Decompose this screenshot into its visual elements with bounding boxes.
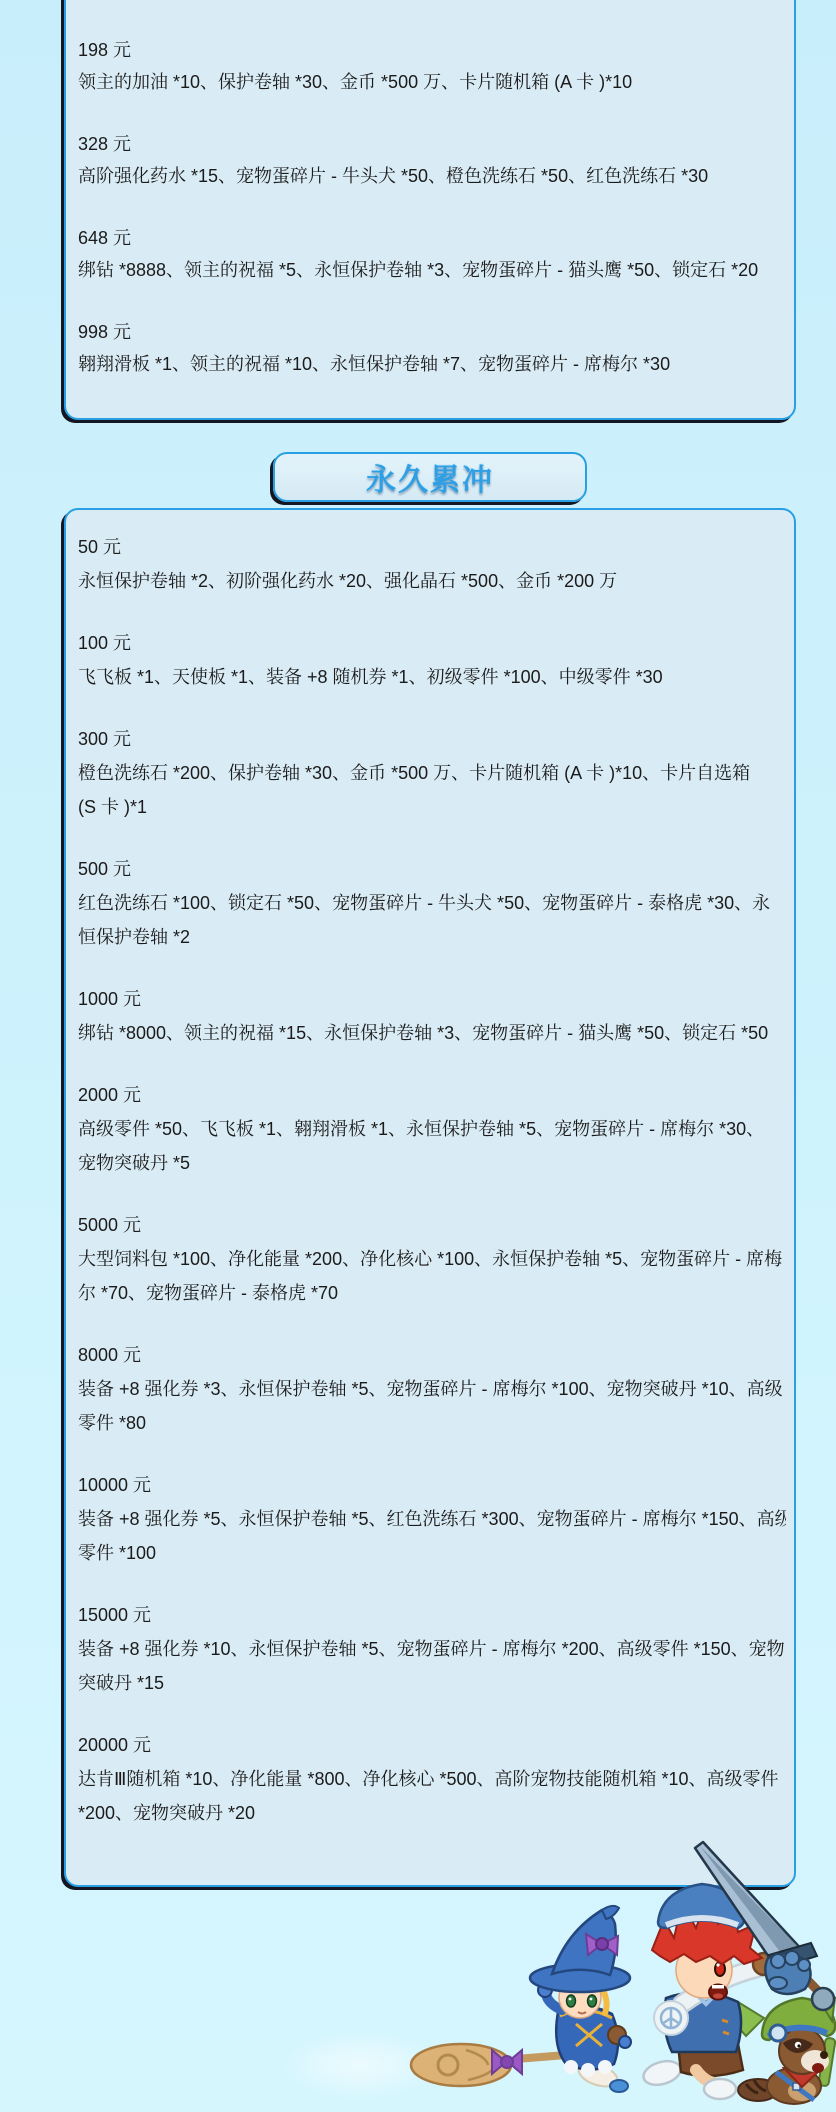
tier-row: 15000 元 装备 +8 强化券 *10、永恒保护卷轴 *5、宠物蛋碎片 - … [78, 1598, 786, 1700]
tier-row: 50 元 永恒保护卷轴 *2、初阶强化药水 *20、强化晶石 *500、金币 *… [78, 530, 786, 598]
section-header-cumulative-recharge[interactable]: 永久累冲 [273, 452, 587, 502]
tier-rewards: 装备 +8 强化券 *10、永恒保护卷轴 *5、宠物蛋碎片 - 席梅尔 *200… [78, 1632, 786, 1700]
recharge-event-page: 198 元 领主的加油 *10、保护卷轴 *30、金币 *500 万、卡片随机箱… [0, 0, 836, 2112]
tier-price: 500 元 [78, 852, 786, 886]
tier-price: 300 元 [78, 722, 786, 756]
tier-rewards: 高级零件 *50、飞飞板 *1、翱翔滑板 *1、永恒保护卷轴 *5、宠物蛋碎片 … [78, 1112, 786, 1180]
witch-character-icon [530, 1906, 631, 2092]
tier-price: 198 元 [78, 34, 786, 66]
tier-price: 8000 元 [78, 1338, 786, 1372]
tier-row: 2000 元 高级零件 *50、飞飞板 *1、翱翔滑板 *1、永恒保护卷轴 *5… [78, 1078, 786, 1180]
tier-row: 300 元 橙色洗练石 *200、保护卷轴 *30、金币 *500 万、卡片随机… [78, 722, 786, 824]
tier-row: 198 元 领主的加油 *10、保护卷轴 *30、金币 *500 万、卡片随机箱… [78, 34, 786, 98]
tier-rewards: 绑钻 *8000、领主的祝福 *15、永恒保护卷轴 *3、宠物蛋碎片 - 猫头鹰… [78, 1016, 786, 1050]
tier-rewards: 橙色洗练石 *200、保护卷轴 *30、金币 *500 万、卡片随机箱 (A 卡… [78, 756, 786, 824]
tier-rewards: 红色洗练石 *100、锁定石 *50、宠物蛋碎片 - 牛头犬 *50、宠物蛋碎片… [78, 886, 786, 954]
tier-rewards: 飞飞板 *1、天使板 *1、装备 +8 随机券 *1、初级零件 *100、中级零… [78, 660, 786, 694]
tier-rewards: 翱翔滑板 *1、领主的祝福 *10、永恒保护卷轴 *7、宠物蛋碎片 - 席梅尔 … [78, 348, 786, 380]
recharge-pack-card: 198 元 领主的加油 *10、保护卷轴 *30、金币 *500 万、卡片随机箱… [64, 0, 796, 420]
tier-rewards: 装备 +8 强化券 *3、永恒保护卷轴 *5、宠物蛋碎片 - 席梅尔 *100、… [78, 1372, 786, 1440]
tier-rewards: 大型饲料包 *100、净化能量 *200、净化核心 *100、永恒保护卷轴 *5… [78, 1242, 786, 1310]
tier-price: 2000 元 [78, 1078, 786, 1112]
tier-price: 5000 元 [78, 1208, 786, 1242]
tier-rewards: 绑钻 *8888、领主的祝福 *5、永恒保护卷轴 *3、宠物蛋碎片 - 猫头鹰 … [78, 254, 786, 286]
tier-row: 5000 元 大型饲料包 *100、净化能量 *200、净化核心 *100、永恒… [78, 1208, 786, 1310]
tier-row: 648 元 绑钻 *8888、领主的祝福 *5、永恒保护卷轴 *3、宠物蛋碎片 … [78, 222, 786, 286]
tier-price: 648 元 [78, 222, 786, 254]
tier-row: 8000 元 装备 +8 强化券 *3、永恒保护卷轴 *5、宠物蛋碎片 - 席梅… [78, 1338, 786, 1440]
tier-row: 10000 元 装备 +8 强化券 *5、永恒保护卷轴 *5、红色洗练石 *30… [78, 1468, 786, 1570]
tier-row: 1000 元 绑钻 *8000、领主的祝福 *15、永恒保护卷轴 *3、宠物蛋碎… [78, 982, 786, 1050]
cumulative-recharge-card: 50 元 永恒保护卷轴 *2、初阶强化药水 *20、强化晶石 *500、金币 *… [64, 508, 796, 1887]
tier-price: 100 元 [78, 626, 786, 660]
tier-price: 1000 元 [78, 982, 786, 1016]
tier-price: 998 元 [78, 316, 786, 348]
tier-row: 328 元 高阶强化药水 *15、宠物蛋碎片 - 牛头犬 *50、橙色洗练石 *… [78, 128, 786, 192]
tier-rewards: 领主的加油 *10、保护卷轴 *30、金币 *500 万、卡片随机箱 (A 卡 … [78, 66, 786, 98]
tier-row: 998 元 翱翔滑板 *1、领主的祝福 *10、永恒保护卷轴 *7、宠物蛋碎片 … [78, 316, 786, 380]
section-header-label: 永久累冲 [366, 455, 494, 499]
tier-row: 500 元 红色洗练石 *100、锁定石 *50、宠物蛋碎片 - 牛头犬 *50… [78, 852, 786, 954]
tier-rewards: 装备 +8 强化券 *5、永恒保护卷轴 *5、红色洗练石 *300、宠物蛋碎片 … [78, 1502, 786, 1570]
tier-price: 50 元 [78, 530, 786, 564]
tier-price: 328 元 [78, 128, 786, 160]
tier-rewards: 永恒保护卷轴 *2、初阶强化药水 *20、强化晶石 *500、金币 *200 万 [78, 564, 786, 598]
tier-rewards: 高阶强化药水 *15、宠物蛋碎片 - 牛头犬 *50、橙色洗练石 *50、红色洗… [78, 160, 786, 192]
tier-price: 10000 元 [78, 1468, 786, 1502]
tier-price: 15000 元 [78, 1598, 786, 1632]
tier-price: 20000 元 [78, 1728, 786, 1762]
footer-characters-art [366, 1772, 836, 2112]
tier-row: 100 元 飞飞板 *1、天使板 *1、装备 +8 随机券 *1、初级零件 *1… [78, 626, 786, 694]
